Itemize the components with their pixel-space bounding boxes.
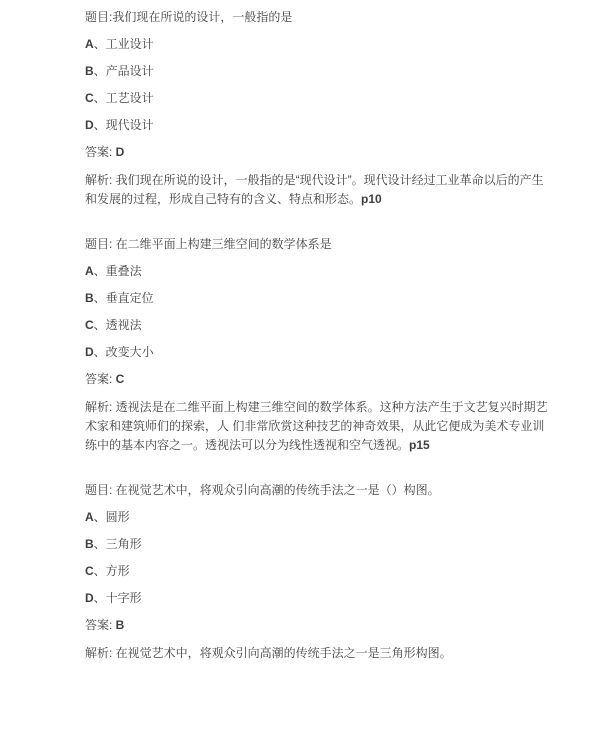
option-text: 、圆形 (94, 510, 130, 524)
question-title: 题目: 在视觉艺术中，将观众引向高潮的传统手法之一是（）构图。 (85, 477, 592, 504)
answer-row: 答案: B (85, 612, 592, 639)
answer-value: C (116, 372, 125, 386)
question-block: 题目: 在二维平面上构建三维空间的数学体系是 A、重叠法 B、垂直定位 C、透视… (85, 231, 592, 455)
option-letter: B (85, 291, 94, 305)
option-letter: A (85, 264, 94, 278)
option-text: 、工艺设计 (94, 91, 154, 105)
page-ref: p10 (361, 192, 382, 206)
option-row: D、十字形 (85, 585, 592, 612)
document-page: 题目:我们现在所说的设计，一般指的是 A、工业设计 B、产品设计 C、工艺设计 … (0, 0, 612, 732)
answer-value: D (116, 145, 125, 159)
analysis-row: 解析: 透视法是在二维平面上构建三维空间的数学体系。这种方法产生于文艺复兴时期艺… (85, 393, 555, 455)
option-row: C、方形 (85, 558, 592, 585)
question-title: 题目:我们现在所说的设计，一般指的是 (85, 4, 592, 31)
option-row: A、重叠法 (85, 258, 592, 285)
option-letter: C (85, 91, 94, 105)
option-letter: C (85, 564, 94, 578)
option-letter: B (85, 537, 94, 551)
answer-value: B (116, 618, 125, 632)
analysis-text: 解析: 我们现在所说的设计，一般指的是“现代设计”。现代设计经过工业革命以后的产… (85, 173, 544, 206)
option-letter: D (85, 591, 94, 605)
option-text: 、产品设计 (94, 64, 154, 78)
answer-label: 答案: (85, 618, 116, 632)
analysis-row: 解析: 我们现在所说的设计，一般指的是“现代设计”。现代设计经过工业革命以后的产… (85, 166, 555, 209)
option-text: 、垂直定位 (94, 291, 154, 305)
option-row: C、工艺设计 (85, 85, 592, 112)
answer-label: 答案: (85, 145, 116, 159)
option-row: A、圆形 (85, 504, 592, 531)
question-title: 题目: 在二维平面上构建三维空间的数学体系是 (85, 231, 592, 258)
answer-row: 答案: D (85, 139, 592, 166)
page-ref: p15 (409, 438, 430, 452)
option-letter: D (85, 345, 94, 359)
option-letter: A (85, 510, 94, 524)
option-row: B、产品设计 (85, 58, 592, 85)
option-row: C、透视法 (85, 312, 592, 339)
option-text: 、改变大小 (94, 345, 154, 359)
option-letter: D (85, 118, 94, 132)
answer-row: 答案: C (85, 366, 592, 393)
analysis-text: 解析: 透视法是在二维平面上构建三维空间的数学体系。这种方法产生于文艺复兴时期艺… (85, 400, 548, 452)
option-row: B、垂直定位 (85, 285, 592, 312)
option-text: 、三角形 (94, 537, 142, 551)
option-row: D、改变大小 (85, 339, 592, 366)
option-text: 、透视法 (94, 318, 142, 332)
option-text: 、工业设计 (94, 37, 154, 51)
option-text: 、重叠法 (94, 264, 142, 278)
option-row: A、工业设计 (85, 31, 592, 58)
option-text: 、现代设计 (94, 118, 154, 132)
analysis-row: 解析: 在视觉艺术中，将观众引向高潮的传统手法之一是三角形构图。 (85, 639, 555, 663)
option-text: 、方形 (94, 564, 130, 578)
option-letter: A (85, 37, 94, 51)
question-block: 题目: 在视觉艺术中，将观众引向高潮的传统手法之一是（）构图。 A、圆形 B、三… (85, 477, 592, 663)
option-row: D、现代设计 (85, 112, 592, 139)
analysis-text: 解析: 在视觉艺术中，将观众引向高潮的传统手法之一是三角形构图。 (85, 646, 452, 660)
option-row: B、三角形 (85, 531, 592, 558)
option-letter: C (85, 318, 94, 332)
answer-label: 答案: (85, 372, 116, 386)
option-letter: B (85, 64, 94, 78)
question-block: 题目:我们现在所说的设计，一般指的是 A、工业设计 B、产品设计 C、工艺设计 … (85, 4, 592, 209)
option-text: 、十字形 (94, 591, 142, 605)
